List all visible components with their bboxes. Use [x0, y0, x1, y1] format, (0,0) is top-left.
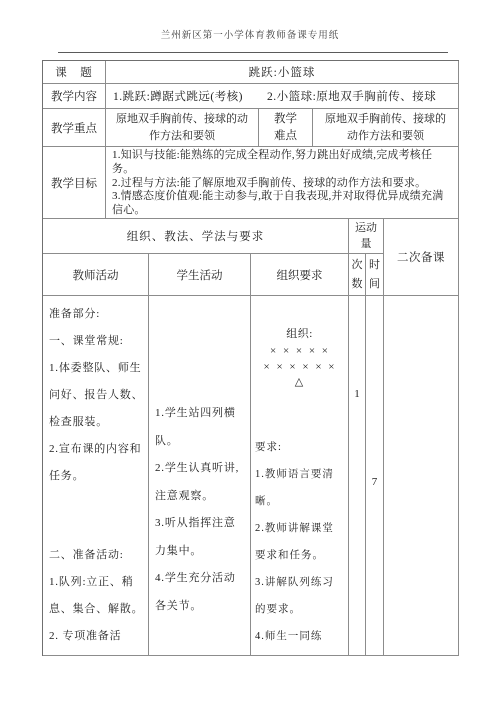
- lesson-plan-table: 课 题 跳跃:小篮球 教学内容 1.跳跃:蹲踞式跳远(考核) 2.小篮球:原地双…: [42, 60, 459, 656]
- second-prep-header: 二次备课: [384, 219, 459, 296]
- organization-title: 组织:: [255, 326, 344, 343]
- formation-row: × × × × × ×: [255, 359, 344, 375]
- teacher-activity-cell: 准备部分: 一、课堂常规: 1.体委整队、师生问好、报告人数、检查服装。 2.宣…: [43, 296, 149, 656]
- routine-item: 1.体委整队、师生问好、报告人数、检查服装。: [49, 355, 144, 436]
- title-divider: [58, 52, 448, 53]
- formation-row: × × × × ×: [255, 343, 344, 359]
- topic-value: 跳跃:小篮球: [106, 61, 459, 84]
- teacher-triangle-marker: △: [255, 375, 344, 390]
- times-header: 次数: [349, 254, 366, 296]
- student-activity-header: 学生活动: [149, 254, 251, 296]
- objective-item: 2.过程与方法:能了解原地双手胸前传、接球的动作方法和要求。: [112, 177, 452, 191]
- exercise-load-header: 运动量: [349, 219, 384, 254]
- duration-header: 时间: [366, 254, 384, 296]
- prep-activity-item: 1.队列:立正、稍息、集合、解散。: [49, 569, 144, 623]
- requirement-item: 2.教师讲解课堂要求和任务。: [255, 515, 344, 569]
- prep-activity-item: 2. 专项准备活动。: [49, 623, 144, 656]
- requirements-title: 要求:: [255, 434, 344, 461]
- teaching-difficulty-label: 教学难点: [259, 109, 313, 147]
- routine-item: 2.宣布课的内容和任务。: [49, 436, 144, 490]
- lesson-plan-page: 兰州新区第一小学体育教师备课专用纸 课 题 跳跃:小篮球 教学内容 1.跳跃:蹲…: [0, 0, 500, 708]
- student-item: 4.学生充分活动各关节。: [155, 565, 246, 620]
- requirement-item: 1.教师语言要清晰。: [255, 461, 344, 515]
- times-value-cell: 1: [349, 296, 366, 656]
- teaching-objectives-label: 教学目标: [43, 147, 106, 219]
- teaching-focus-label: 教学重点: [43, 109, 106, 147]
- methods-section-header: 组织、教法、学法与要求: [43, 219, 349, 254]
- student-activity-cell: 1.学生站四列横队。 2.学生认真听讲,注意观察。 3.听从指挥注意力集中。 4…: [149, 296, 251, 656]
- requirement-item: 3.讲解队列练习的要求。: [255, 569, 344, 623]
- page-title: 兰州新区第一小学体育教师备课专用纸: [0, 27, 500, 41]
- prep-part-title: 准备部分:: [49, 301, 144, 328]
- student-item: 1.学生站四列横队。: [155, 400, 246, 455]
- student-item: 3.听从指挥注意力集中。: [155, 510, 246, 565]
- requirement-item: 4.师生一同练习。: [255, 623, 344, 656]
- second-prep-notes-cell: [384, 296, 459, 656]
- teaching-content-value: 1.跳跃:蹲踞式跳远(考核) 2.小篮球:原地双手胸前传、接球: [106, 84, 459, 109]
- teaching-objectives-value: 1.知识与技能:能熟练的完成全程动作,努力跳出好成绩,完成考核任务。 2.过程与…: [106, 147, 459, 219]
- objective-item: 1.知识与技能:能熟练的完成全程动作,努力跳出好成绩,完成考核任务。: [112, 149, 452, 177]
- organization-req-cell: 组织: × × × × × × × × × × × △ 要求: 1.教师语言要清…: [251, 296, 349, 656]
- teaching-content-label: 教学内容: [43, 84, 106, 109]
- requirements-block: 要求: 1.教师语言要清晰。 2.教师讲解课堂要求和任务。 3.讲解队列练习的要…: [255, 434, 344, 656]
- teaching-focus-value: 原地双手胸前传、接球的动作方法和要领: [106, 109, 259, 147]
- teaching-difficulty-value: 原地双手胸前传、接球的动作方法和要领: [313, 109, 459, 147]
- teacher-activity-header: 教师活动: [43, 254, 149, 296]
- prep-activity-title: 二、准备活动:: [49, 542, 144, 569]
- student-item: 2.学生认真听讲,注意观察。: [155, 455, 246, 510]
- duration-value-cell: 7: [366, 296, 384, 656]
- topic-label: 课 题: [43, 61, 106, 84]
- organization-req-header: 组织要求: [251, 254, 349, 296]
- classroom-routine-title: 一、课堂常规:: [49, 328, 144, 355]
- objective-item: 3.情感态度价值观:能主动参与,敢于自我表现,并对取得优异成绩充满信心。: [112, 190, 452, 218]
